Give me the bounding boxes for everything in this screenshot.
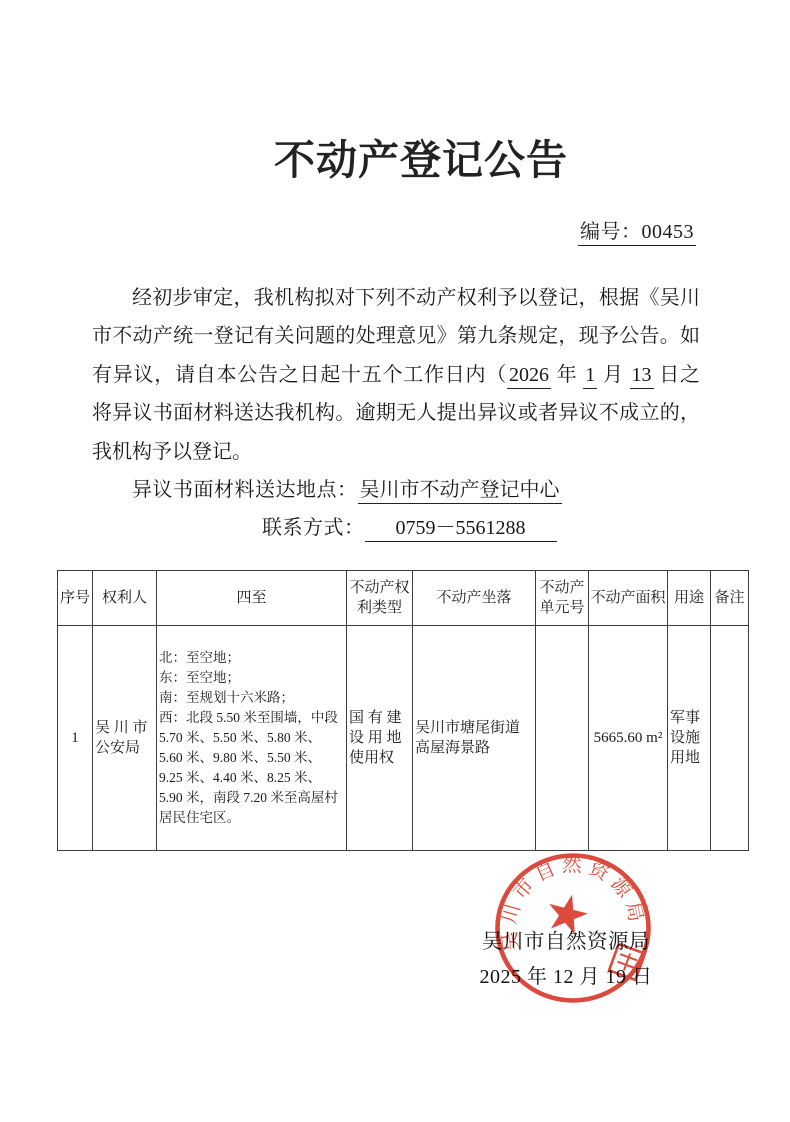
cell-boundaries: 北：至空地； 东：至空地； 南：至规划十六米路； 西：北段 5.50 米至围墙，…	[157, 626, 347, 851]
delivery-address-line: 异议书面材料送达地点：吴川市不动产登记中心	[92, 471, 700, 509]
col-header-holder: 权利人	[93, 571, 157, 626]
delivery-address-value: 吴川市不动产登记中心	[358, 479, 562, 504]
cell-location: 吴川市塘尾街道 高屋海景路	[413, 626, 536, 851]
cell-right-type: 国 有 建 设 用 地 使用权	[347, 626, 413, 851]
deadline-sep: 月	[597, 364, 629, 386]
deadline-day: 13	[630, 364, 654, 389]
document-title: 不动产登记公告	[0, 127, 790, 186]
col-header-seq: 序号	[58, 571, 93, 626]
registration-table: 序号 权利人 四至 不动产权 利类型 不动产坐落 不动产 单元号 不动产面积 用…	[57, 570, 749, 851]
deadline-sep: 年	[551, 364, 583, 386]
deadline-month: 1	[583, 364, 597, 389]
star-icon	[544, 890, 592, 937]
col-header-remark: 备注	[711, 571, 749, 626]
paragraph-line: 我机构予以登记。	[92, 433, 700, 471]
serial-number: 编号：00453	[578, 215, 696, 244]
serial-number-text: 编号：00453	[578, 221, 696, 246]
contact-line: 联系方式：0759－5561288	[262, 509, 700, 547]
cell-seq: 1	[58, 626, 93, 851]
paragraph-line: 有异议，请自本公告之日起十五个工作日内（2026 年 1 月 13 日之前）	[92, 356, 700, 394]
document-page: 不动产登记公告 编号：00453 经初步审定，我机构拟对下列不动产权利予以登记，…	[0, 0, 790, 1122]
announcement-body: 经初步审定，我机构拟对下列不动产权利予以登记，根据《吴川 市不动产统一登记有关问…	[92, 279, 700, 548]
paragraph-line: 市不动产统一登记有关问题的处理意见》第九条规定，现予公告。如	[92, 317, 700, 355]
table-header-row: 序号 权利人 四至 不动产权 利类型 不动产坐落 不动产 单元号 不动产面积 用…	[58, 571, 749, 626]
col-header-location: 不动产坐落	[413, 571, 536, 626]
delivery-address-label: 异议书面材料送达地点：	[132, 479, 358, 501]
table-row: 1 吴 川 市 公安局 北：至空地； 东：至空地； 南：至规划十六米路； 西：北…	[58, 626, 749, 851]
official-seal: 吴川市自然资源局	[492, 850, 656, 1006]
cell-usage: 军事 设施 用地	[668, 626, 711, 851]
paragraph-line: 经初步审定，我机构拟对下列不动产权利予以登记，根据《吴川	[92, 279, 700, 317]
deadline-year: 2026	[507, 364, 551, 389]
seal-text-curve: 吴川市自然资源局	[497, 853, 649, 953]
contact-label: 联系方式：	[262, 517, 365, 539]
col-header-area: 不动产面积	[589, 571, 668, 626]
cell-remark	[711, 626, 749, 851]
paragraph-line: 将异议书面材料送达我机构。逾期无人提出异议或者异议不成立的，	[92, 394, 700, 432]
deadline-prefix: 有异议，请自本公告之日起十五个工作日内（	[92, 364, 507, 386]
col-header-unit-no: 不动产 单元号	[536, 571, 589, 626]
col-header-right-type: 不动产权 利类型	[347, 571, 413, 626]
col-header-usage: 用途	[668, 571, 711, 626]
cell-unit-no	[536, 626, 589, 851]
col-header-boundaries: 四至	[157, 571, 347, 626]
cell-area: 5665.60 m²	[589, 626, 668, 851]
contact-phone: 0759－5561288	[365, 515, 557, 542]
cell-holder: 吴 川 市 公安局	[93, 626, 157, 851]
